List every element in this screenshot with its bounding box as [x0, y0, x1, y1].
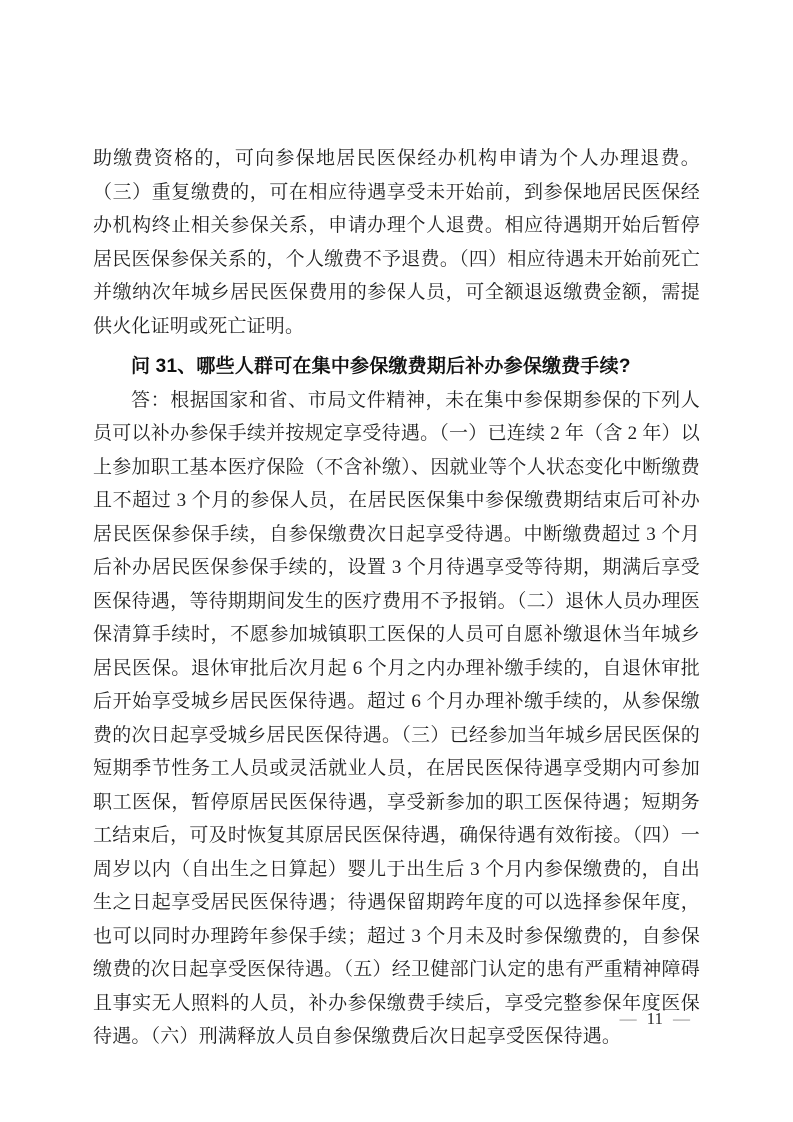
- page-number: 11: [647, 1008, 663, 1030]
- question-31-heading: 问 31、哪些人群可在集中参保缴费期后补办参保缴费手续?: [93, 350, 700, 384]
- answer-31-paragraph: 答：根据国家和省、市局文件精神，未在集中参保期参保的下列人员可以补办参保手续并按…: [93, 384, 700, 1054]
- page-footer: —11—: [0, 1008, 793, 1030]
- paragraph-refund-rules-continuation: 助缴费资格的，可向参保地居民医保经办机构申请为个人办理退费。（三）重复缴费的，可…: [93, 142, 700, 343]
- footer-dash-left: —: [620, 1009, 637, 1028]
- document-content: 助缴费资格的，可向参保地居民医保经办机构申请为个人办理退费。（三）重复缴费的，可…: [93, 142, 700, 1054]
- document-page: 助缴费资格的，可向参保地居民医保经办机构申请为个人办理退费。（三）重复缴费的，可…: [0, 0, 793, 1122]
- footer-dash-right: —: [673, 1009, 690, 1028]
